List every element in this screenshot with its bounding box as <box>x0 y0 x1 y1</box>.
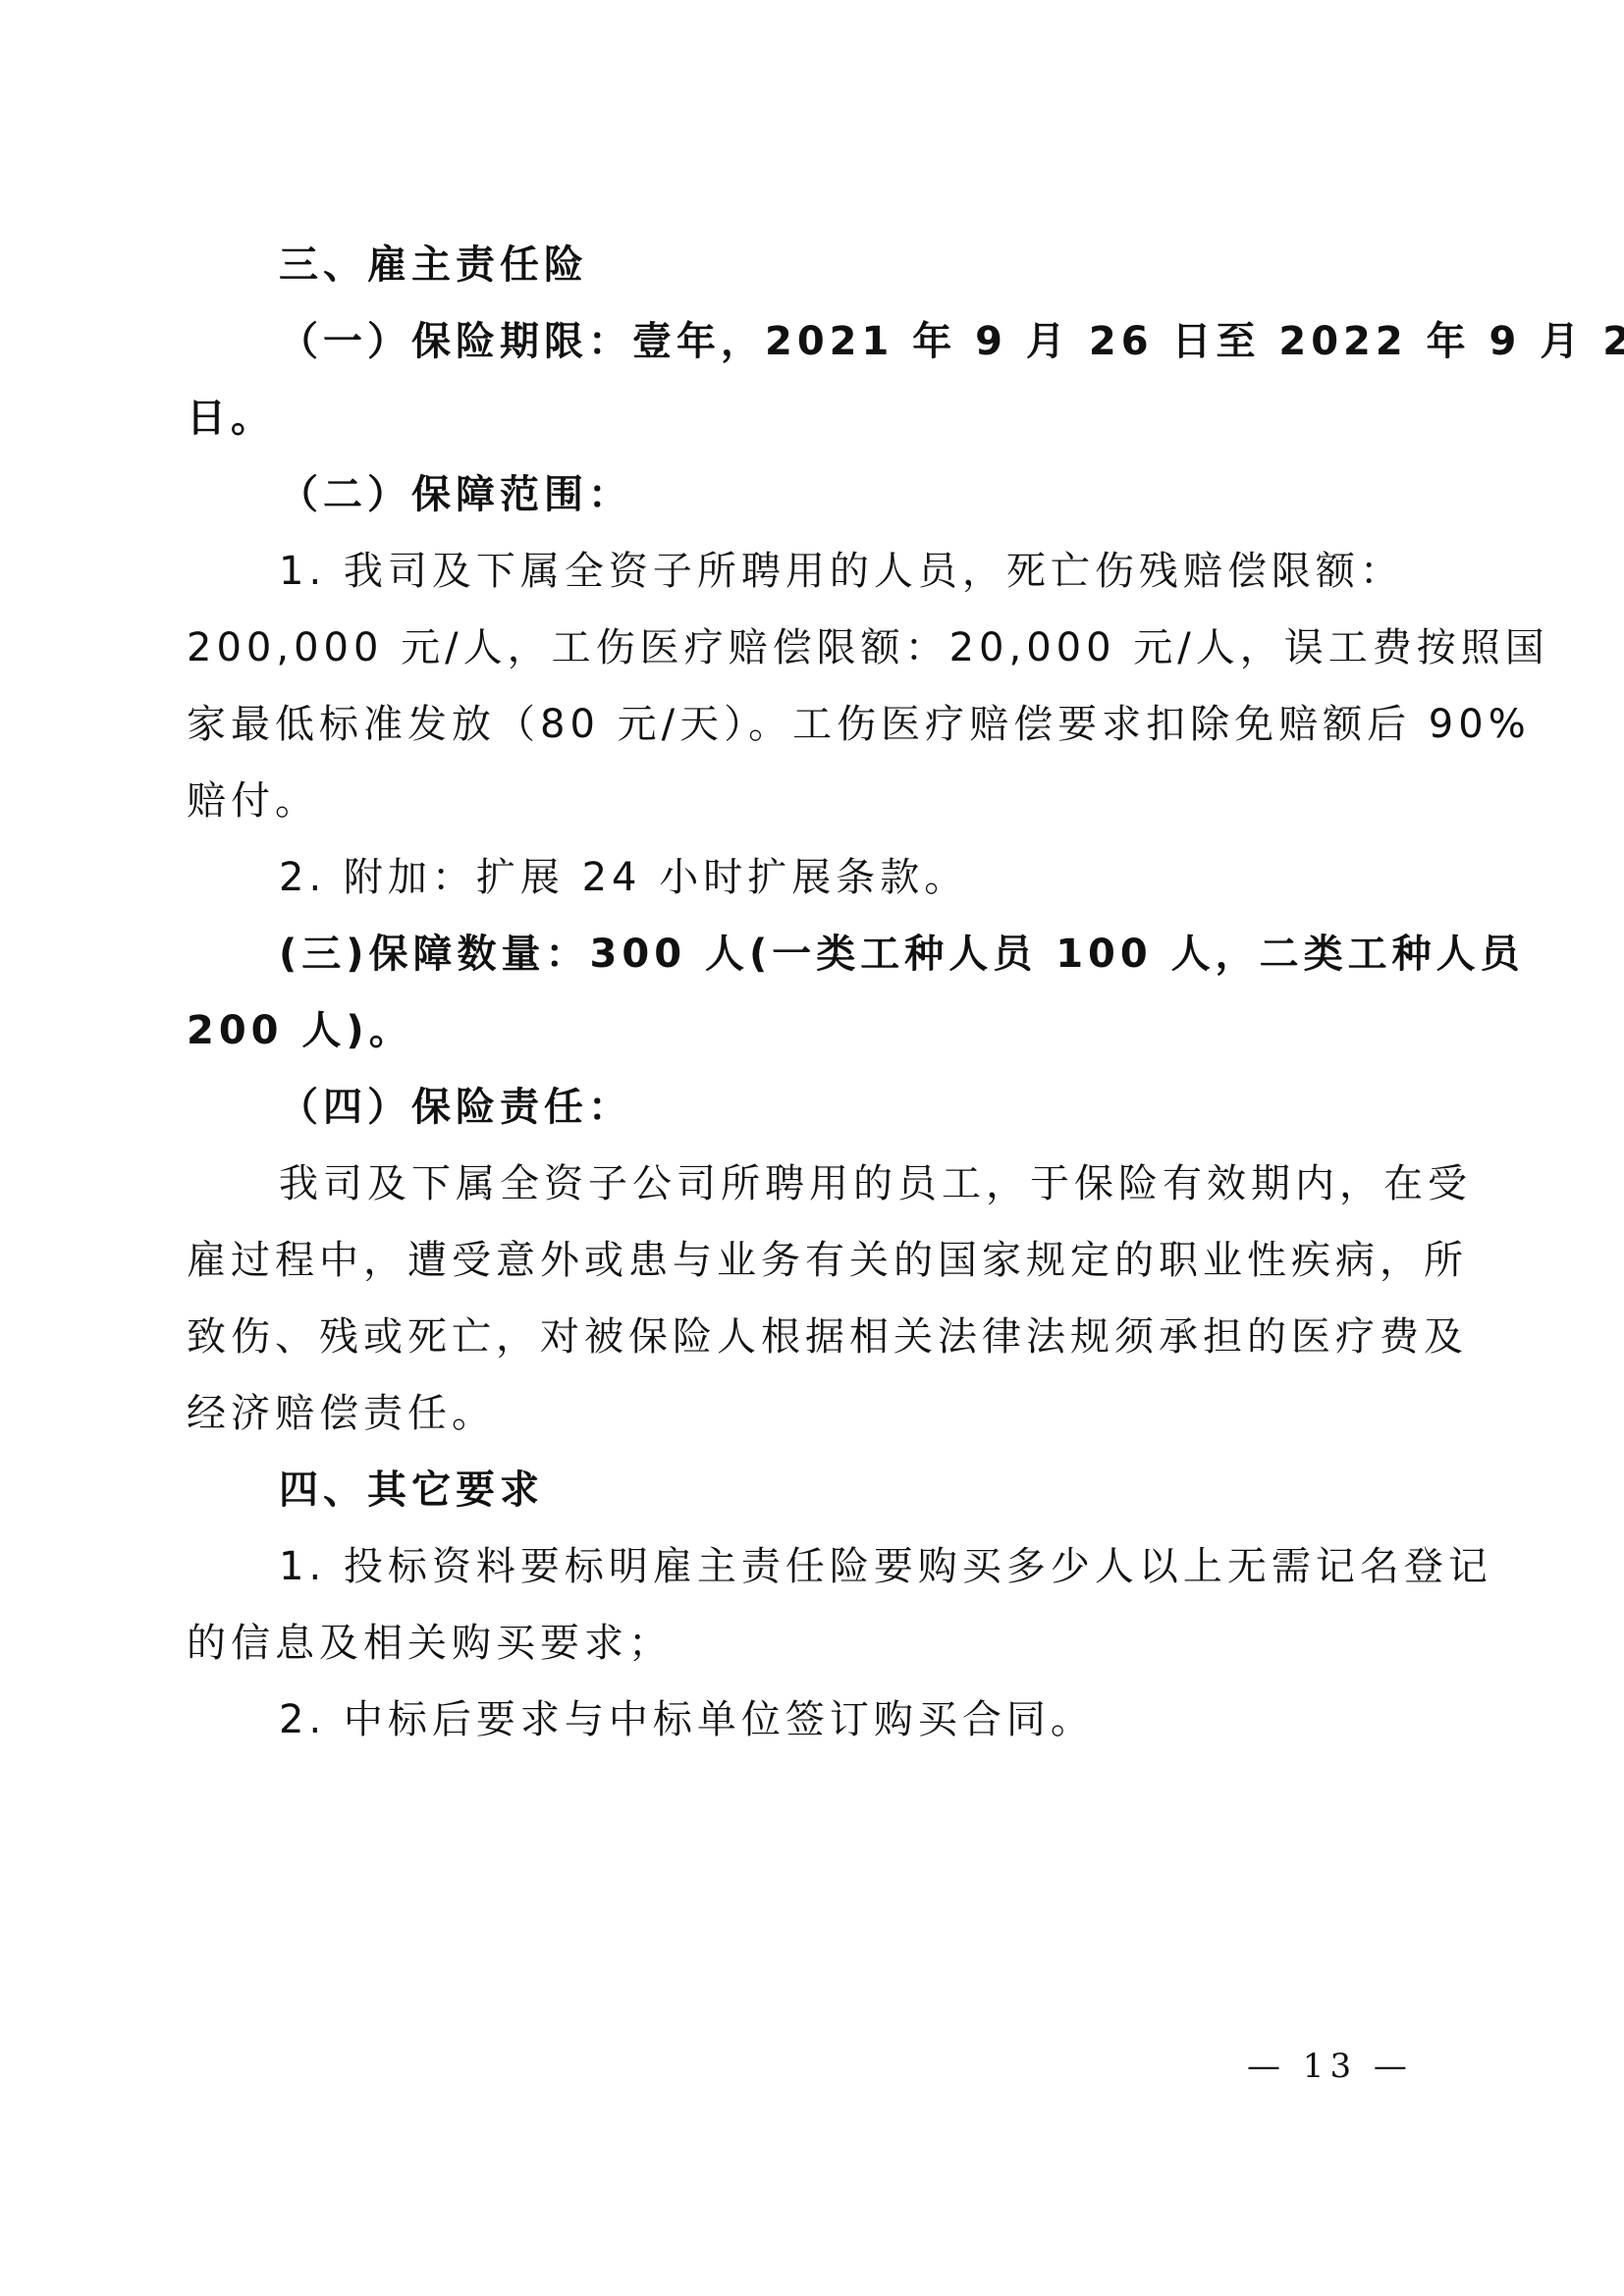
other-req-p1-line2: 的信息及相关购买要求； <box>187 1614 1453 1673</box>
section4-heading: 四、其它要求 <box>279 1461 1545 1520</box>
insurance-period-line2: 日。 <box>187 389 1453 448</box>
document-page: 三、雇主责任险 （一）保险期限：壹年，2021 年 9 月 26 日至 2022… <box>0 0 1624 2296</box>
insurance-period-line1: （一）保险期限：壹年，2021 年 9 月 26 日至 2022 年 9 月 2… <box>279 312 1545 371</box>
other-req-p2: 2. 中标后要求与中标单位签订购买合同。 <box>279 1690 1545 1749</box>
liability-heading: （四）保险责任： <box>279 1078 1545 1137</box>
coverage-p1-line4: 赔付。 <box>187 772 1453 830</box>
section3-heading: 三、雇主责任险 <box>279 236 1545 294</box>
coverage-p2: 2. 附加：扩展 24 小时扩展条款。 <box>279 848 1545 907</box>
liability-line1: 我司及下属全资子公司所聘用的员工，于保险有效期内，在受 <box>279 1154 1545 1213</box>
coverage-quantity-line2: 200 人)。 <box>187 1001 1453 1060</box>
page-number: — 13 — <box>1247 2047 1413 2086</box>
coverage-p1-line1: 1. 我司及下属全资子所聘用的人员，死亡伤残赔偿限额： <box>279 542 1545 601</box>
liability-line2: 雇过程中，遭受意外或患与业务有关的国家规定的职业性疾病，所 <box>187 1231 1453 1290</box>
coverage-quantity-line1: (三)保障数量：300 人(一类工种人员 100 人，二类工种人员 <box>279 925 1545 984</box>
coverage-p1-line3: 家最低标准发放（80 元/天）。工伤医疗赔偿要求扣除免赔额后 90% <box>187 695 1453 754</box>
liability-line4: 经济赔偿责任。 <box>187 1384 1453 1443</box>
coverage-scope-heading: （二）保障范围： <box>279 465 1545 524</box>
other-req-p1-line1: 1. 投标资料要标明雇主责任险要购买多少人以上无需记名登记 <box>279 1537 1545 1596</box>
liability-line3: 致伤、残或死亡，对被保险人根据相关法律法规须承担的医疗费及 <box>187 1308 1453 1366</box>
coverage-p1-line2: 200,000 元/人，工伤医疗赔偿限额：20,000 元/人，误工费按照国 <box>187 618 1453 677</box>
